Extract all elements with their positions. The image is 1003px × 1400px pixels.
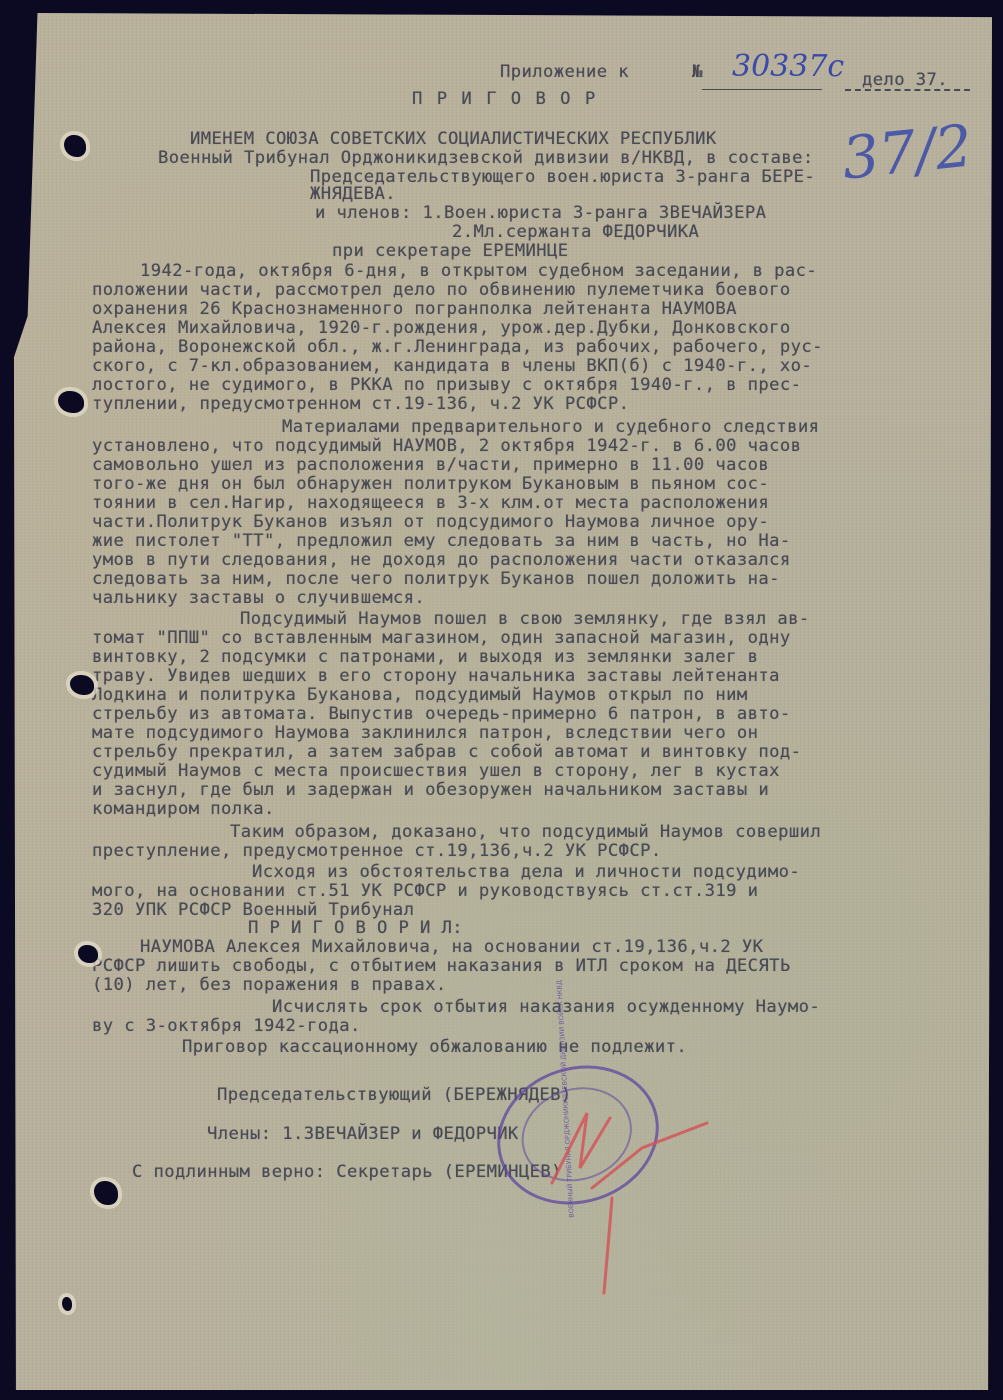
paragraph-3-line-8: стрельбу прекратил, а затем забрав с соб… bbox=[92, 743, 801, 762]
document-title: П Р И Г О В О Р bbox=[412, 90, 597, 109]
paragraph-5-line-2: мого, на основании ст.51 УК РСФСР и руко… bbox=[92, 882, 758, 901]
paragraph-4-line-2: преступление, предусмотренное ст.19,136,… bbox=[92, 842, 662, 861]
paragraph-1-line-4: Алексея Михайловича, 1920-г.рождения, ур… bbox=[92, 319, 791, 338]
attachment-no-sign: № bbox=[692, 63, 703, 82]
paragraph-5-line-1: Исходя из обстоятельства дела и личности… bbox=[252, 863, 800, 882]
punch-hole bbox=[58, 391, 84, 413]
term-line-2: ву с 3-октября 1942-года. bbox=[92, 1017, 361, 1036]
paragraph-3-line-2: томат "ППШ" со вставленным магазином, од… bbox=[92, 629, 791, 648]
signature-members: Члены: 1.ЗВЕЧАЙЗЕР и ФЕДОРЧИК bbox=[207, 1125, 519, 1144]
paragraph-4-line-1: Таким образом, доказано, что подсудимый … bbox=[230, 823, 821, 842]
paragraph-2-line-5: тоянии в сел.Нагир, находящееся в 3-х кл… bbox=[92, 494, 769, 513]
paragraph-3-line-5: Лодкина и политрука Буканова, подсудимый… bbox=[92, 686, 748, 705]
paragraph-2-line-6: части.Политрук Буканов изъял от подсудим… bbox=[92, 513, 769, 532]
header-line-secretary: при секретаре ЕРЕМИНЦЕ bbox=[332, 242, 568, 261]
paragraph-3-line-10: и заснул, где был и задержан и обезоруже… bbox=[92, 781, 769, 800]
paragraph-1-line-7: лостого, не судимого, в РККА по призыву … bbox=[92, 376, 801, 395]
paragraph-1-line-2: положении части, рассмотрел дело по обви… bbox=[92, 281, 791, 300]
paragraph-2-line-8: умов в пути следования, не доходя до рас… bbox=[92, 551, 791, 570]
paragraph-1-line-5: района, Воронежской обл., ж.г.Ленинграда… bbox=[92, 338, 823, 357]
paragraph-2-line-10: чальнику заставы о случившемся. bbox=[92, 589, 425, 608]
header-line-chair-name: ЖНЯДЕВА. bbox=[310, 185, 396, 204]
paragraph-1-line-6: ского, с 7-кл.образованием, кандидата в … bbox=[92, 357, 812, 376]
document-page: Приложение к № 30337с дело 37. П Р И Г О… bbox=[12, 13, 992, 1390]
verdict-line-1: НАУМОВА Алексея Михайловича, на основани… bbox=[140, 938, 763, 957]
paragraph-2-line-4: того-же дня он был обнаружен политруком … bbox=[92, 475, 769, 494]
red-signature-mark bbox=[532, 1093, 732, 1313]
handwritten-margin-mark: 37/2 bbox=[839, 111, 976, 192]
punch-hole bbox=[70, 675, 94, 695]
paragraph-3-line-11: командиром полка. bbox=[92, 800, 275, 819]
paragraph-2-line-2: установлено, что подсудимый НАУМОВ, 2 ок… bbox=[92, 437, 801, 456]
paragraph-1-line-3: охранения 26 Краснознаменного погранполк… bbox=[92, 300, 737, 319]
paragraph-1-line-1: 1942-года, октября 6-дня, в открытом суд… bbox=[140, 262, 817, 281]
appeal-line: Приговор кассационному обжалованию не по… bbox=[182, 1038, 687, 1057]
signature-certified: С подлинным верно: Секретарь (ЕРЕМИНЦЕВ) bbox=[132, 1163, 562, 1182]
header-line-member-2: 2.Мл.сержанта ФЕДОРЧИКА bbox=[452, 223, 699, 242]
verdict-line-3: (10) лет, без поражения в правах. bbox=[92, 976, 447, 995]
paragraph-1-line-8: туплении, предусмотренном ст.19-136, ч.2… bbox=[92, 395, 629, 414]
number-underline bbox=[702, 89, 822, 90]
attachment-number-handwritten: 30337с bbox=[732, 49, 844, 84]
paragraph-3-line-7: мате подсудимого Наумова заклинился патр… bbox=[92, 724, 758, 743]
punch-hole bbox=[78, 945, 98, 963]
header-line-state: ИМЕНЕМ СОЮЗА СОВЕТСКИХ СОЦИАЛИСТИЧЕСКИХ … bbox=[190, 130, 717, 149]
paragraph-3-line-9: судимый Наумов с места происшествия ушел… bbox=[92, 762, 780, 781]
paragraph-3-line-6: стрельбу из автомата. Выпустив очередь-п… bbox=[92, 705, 791, 724]
paragraph-2-line-3: самовольно ушел из расположения в/части,… bbox=[92, 456, 769, 475]
case-underline bbox=[845, 89, 970, 91]
paragraph-3-line-4: траву. Увидев шедших в его сторону начал… bbox=[92, 667, 780, 686]
punch-hole bbox=[94, 1181, 118, 1205]
paragraph-2-line-9: следовать за ним, после чего политрук Бу… bbox=[92, 570, 780, 589]
punch-hole bbox=[62, 1297, 72, 1311]
paragraph-3-line-3: винтовку, 2 подсумки с патронами, и выхо… bbox=[92, 648, 758, 667]
term-line-1: Исчислять срок отбытия наказания осужден… bbox=[272, 998, 820, 1017]
header-line-tribunal: Военный Трибунал Орджоникидзевской дивиз… bbox=[158, 149, 814, 168]
paragraph-2-line-7: жие пистолет "ТТ", предложил ему следова… bbox=[92, 532, 791, 551]
verdict-line-2: РСФСР лишить свободы, с отбытием наказан… bbox=[92, 957, 791, 976]
header-line-member-1: и членов: 1.Воен.юриста 3-ранга ЗВЕЧАЙЗЕ… bbox=[315, 204, 766, 223]
case-label: дело 37. bbox=[862, 71, 948, 90]
paragraph-3-line-1: Подсудимый Наумов пошел в свою землянку,… bbox=[240, 610, 810, 629]
punch-hole bbox=[64, 135, 86, 157]
attachment-label: Приложение к bbox=[500, 63, 629, 82]
verdict-heading: П Р И Г О В О Р И Л: bbox=[248, 919, 463, 938]
paragraph-2-line-1: Материалами предварительного и судебного… bbox=[282, 418, 819, 437]
